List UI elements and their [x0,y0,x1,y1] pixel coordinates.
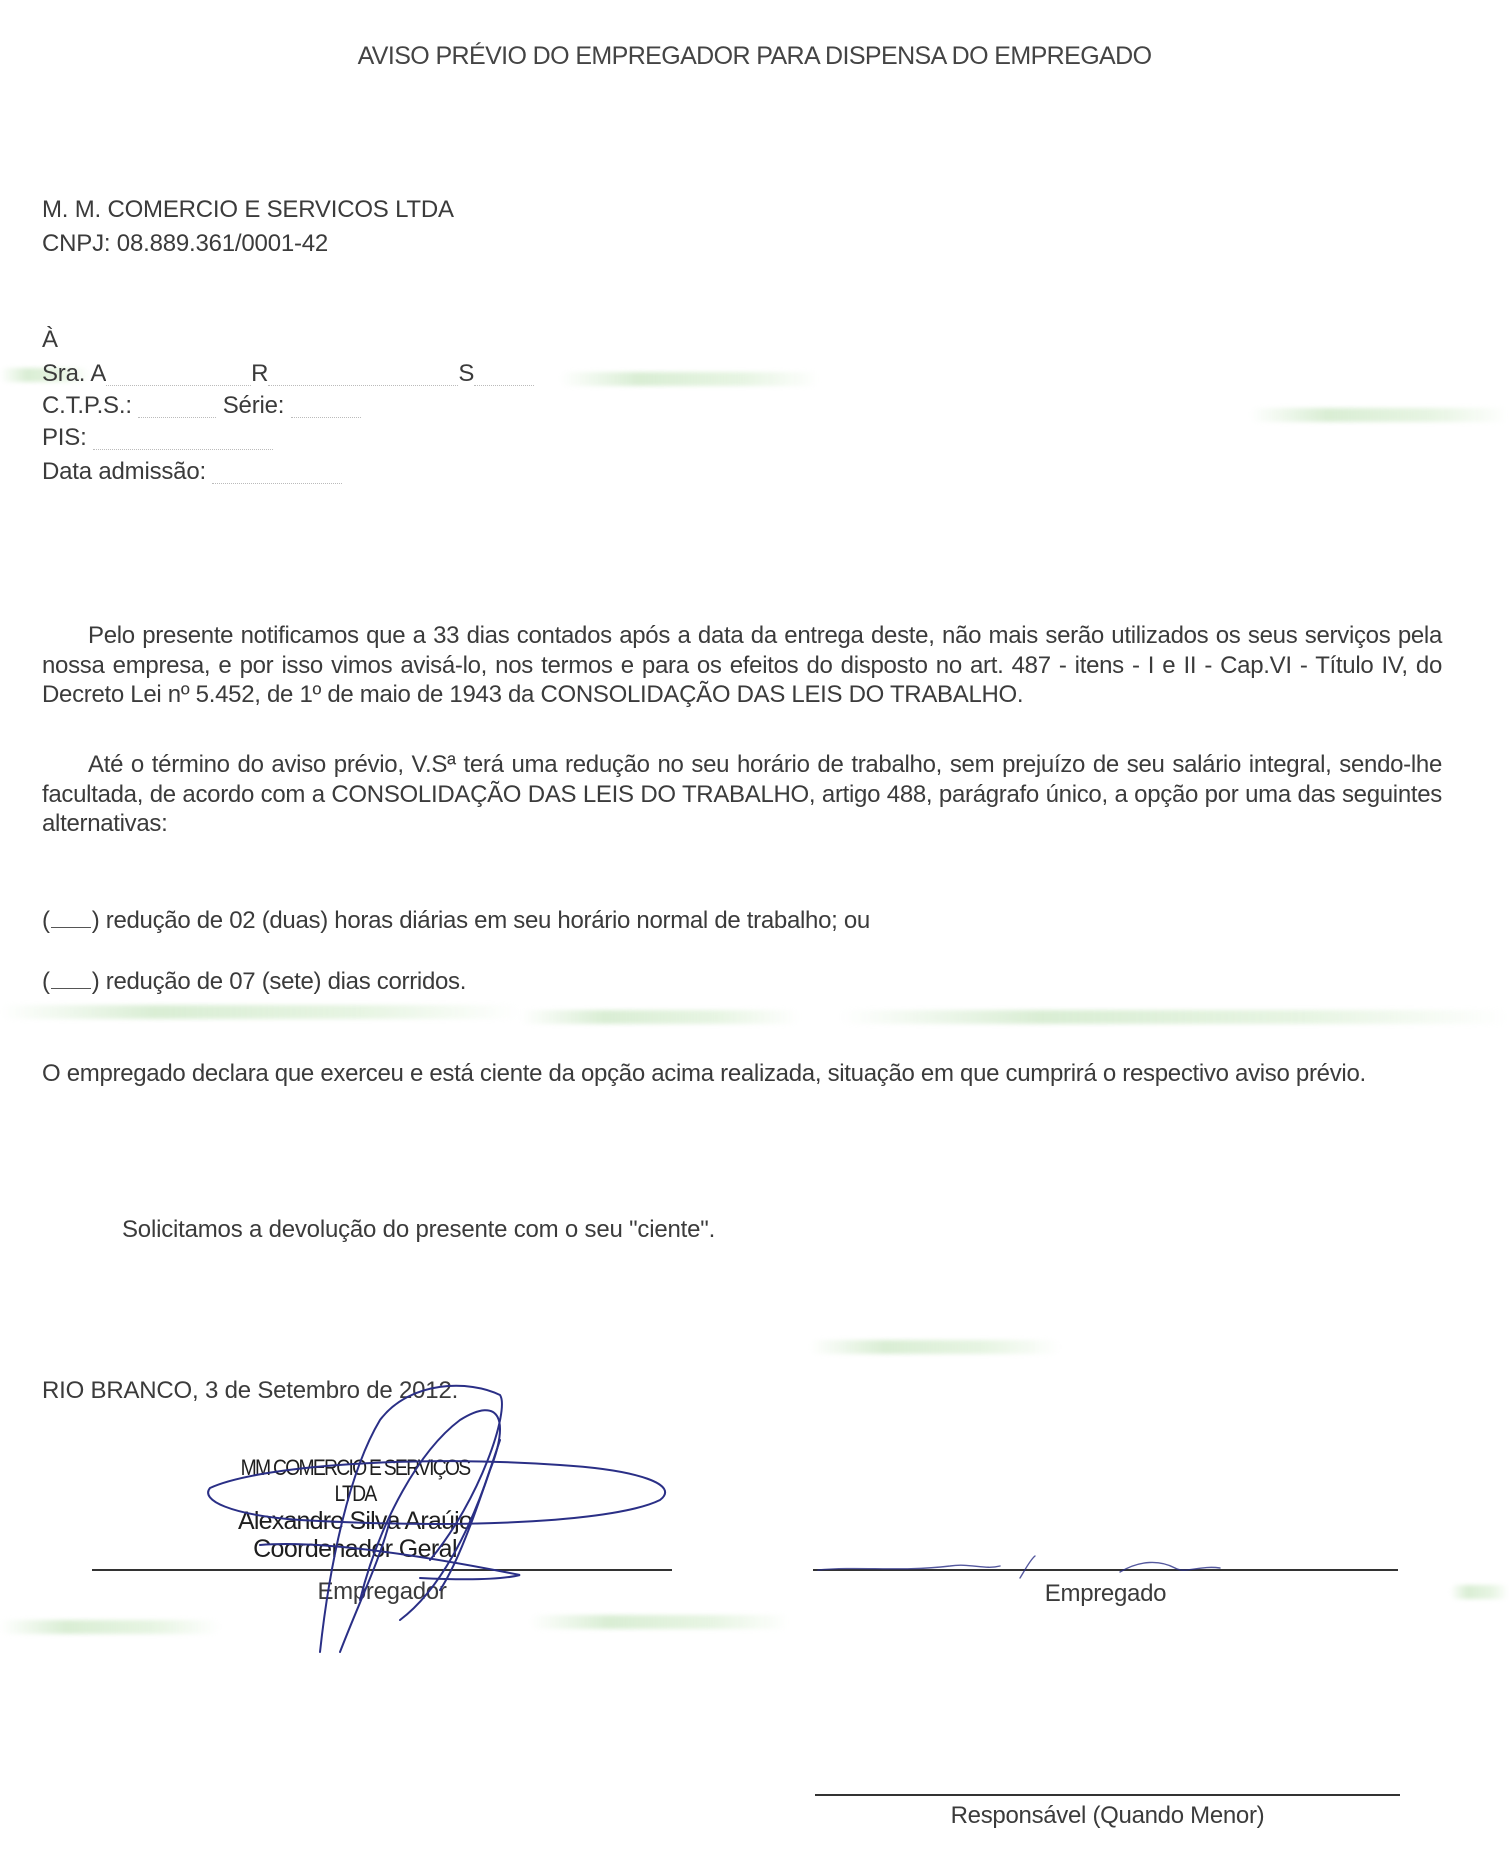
stamp-company: MM COMERCIO E SERVIÇOS LTDA [219,1455,492,1507]
stamp-signer-name: Alexandre Silva Araújo [200,1507,510,1535]
scan-artifact [1250,408,1509,422]
pis-label: PIS: [42,424,87,451]
scan-artifact [1450,1585,1509,1599]
employer-name: M. M. COMERCIO E SERVICOS LTDA [42,196,454,224]
redacted-field [138,395,216,418]
place-date: RIO BRANCO, 3 de Setembro de 2012. [42,1377,458,1405]
redacted-field [93,427,273,450]
guardian-signature-label: Responsável (Quando Menor) [815,1802,1400,1830]
scan-artifact [530,1615,790,1629]
recipient-name-line: Sra. ARS [42,360,534,388]
scan-artifact [520,1010,800,1024]
option-reduce-hours[interactable]: () redução de 02 (duas) horas diárias em… [42,907,870,935]
pis-line: PIS: [42,424,273,452]
redacted-field [106,363,251,386]
ctps-line: C.T.P.S.: Série: [42,392,361,420]
ctps-label: C.T.P.S.: [42,392,132,419]
scan-artifact [840,1010,1509,1024]
option-checkbox[interactable] [51,909,91,928]
document-title: AVISO PRÉVIO DO EMPREGADOR PARA DISPENSA… [0,42,1509,71]
recipient-name-initial-3: S [458,360,474,387]
serie-label: Série: [223,392,285,419]
company-stamp: MM COMERCIO E SERVIÇOS LTDA Alexandre Si… [200,1455,510,1563]
notice-paragraph: Pelo presente notificamos que a 33 dias … [42,621,1442,710]
salutation: À [42,326,58,354]
option-label: redução de 02 (duas) horas diárias em se… [106,907,870,934]
redacted-field [291,395,361,418]
admission-line: Data admissão: [42,458,342,486]
notice-paragraph-text: Pelo presente notificamos que a 33 dias … [42,622,1442,708]
redacted-field [268,363,458,386]
employee-signature-line[interactable] [813,1569,1398,1571]
employee-signature-label: Empregado [813,1580,1398,1608]
reduction-paragraph-text: Até o término do aviso prévio, V.Sª terá… [42,751,1442,837]
option-checkbox[interactable] [51,970,91,989]
scan-artifact [560,372,820,386]
declaration-paragraph: O empregado declara que exerceu e está c… [42,1059,1442,1089]
scan-artifact [0,1005,520,1019]
employer-cnpj: CNPJ: 08.889.361/0001-42 [42,230,328,258]
admission-label: Data admissão: [42,458,206,485]
option-label: redução de 07 (sete) dias corridos. [106,968,466,995]
option-reduce-days[interactable]: () redução de 07 (sete) dias corridos. [42,968,466,996]
return-request: Solicitamos a devolução do presente com … [122,1216,715,1244]
guardian-signature-line[interactable] [815,1794,1400,1796]
employer-signature-line[interactable] [92,1569,672,1571]
scan-artifact [0,1620,220,1634]
recipient-name-initial-2: R [251,360,268,387]
redacted-field [474,363,534,386]
scan-artifact [810,1340,1060,1354]
redacted-field [212,461,342,484]
employer-signature-label: Empregador [92,1578,672,1606]
recipient-name-prefix: Sra. A [42,360,106,387]
reduction-paragraph: Até o término do aviso prévio, V.Sª terá… [42,750,1442,839]
stamp-signer-role: Coordenador Geral [200,1535,510,1563]
document-page: AVISO PRÉVIO DO EMPREGADOR PARA DISPENSA… [0,0,1509,1873]
